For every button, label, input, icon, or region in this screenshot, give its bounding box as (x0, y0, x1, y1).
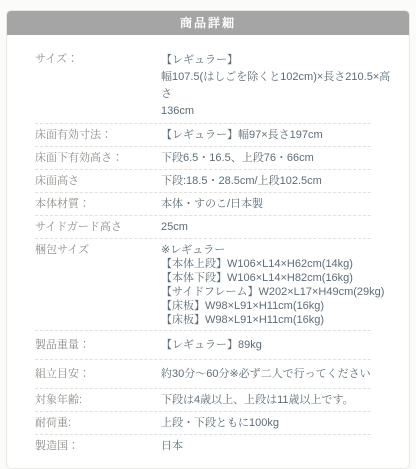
spec-label: 床面有効寸法： (35, 128, 161, 143)
spec-table: サイズ： 【レギュラー】 幅107.5(はしごを除くと102cm)×長さ210.… (7, 35, 409, 463)
spec-value: 日本 (161, 439, 395, 454)
spec-value: 下段は4歳以上、上段は11歳以上です。 (161, 393, 395, 408)
spec-label: 本体材質： (35, 197, 161, 212)
spec-row-size: サイズ： 【レギュラー】 幅107.5(はしごを除くと102cm)×長さ210.… (7, 48, 409, 124)
spec-row-side-guard-height: サイドガード高さ 25cm (7, 216, 409, 239)
spec-row-assembly-time: 組立目安： 約30分〜60分※必ず二人で行ってください (7, 360, 409, 389)
spec-row-target-age: 対象年齢: 下段は4歳以上、上段は11歳以上です。 (7, 389, 409, 412)
spec-label: 床面高さ (35, 174, 161, 189)
spec-label: 製品重量： (35, 338, 161, 353)
spec-row-material: 本体材質： 本体・すのこ/日本製 (7, 193, 409, 216)
spec-value: 【レギュラー】幅97×長さ197cm (161, 128, 395, 143)
spec-value: 【レギュラー】89kg (161, 338, 395, 353)
spec-value: 上段・下段ともに100kg (161, 416, 395, 431)
spec-label: 梱包サイズ (35, 243, 161, 258)
spec-row-product-weight: 製品重量： 【レギュラー】89kg (7, 331, 409, 360)
spec-row-package-size: 梱包サイズ ※レギュラー 【本体上段】W106×L14×H62cm(14kg) … (7, 239, 409, 331)
spec-value: 約30分〜60分※必ず二人で行ってください (161, 367, 395, 382)
spec-label: 対象年齢: (35, 393, 161, 408)
spec-label: 組立目安： (35, 367, 161, 382)
spec-label: 製造国： (35, 439, 161, 454)
spec-value: 下段:18.5・28.5cm/上段102.5cm (161, 174, 395, 189)
spec-label: サイズ： (35, 52, 161, 67)
product-details-panel: 商品詳細 サイズ： 【レギュラー】 幅107.5(はしごを除くと102cm)×長… (6, 10, 410, 463)
spec-row-under-floor-height: 床面下有効高さ： 下段6.5・16.5、上段76・66cm (7, 147, 409, 170)
spec-label: 耐荷重: (35, 416, 161, 431)
panel-title: 商品詳細 (7, 11, 409, 35)
spec-row-floor-dimensions: 床面有効寸法： 【レギュラー】幅97×長さ197cm (7, 124, 409, 147)
spec-row-load-capacity: 耐荷重: 上段・下段ともに100kg (7, 412, 409, 435)
spec-value: ※レギュラー 【本体上段】W106×L14×H62cm(14kg) 【本体下段】… (161, 243, 395, 327)
spec-row-floor-height: 床面高さ 下段:18.5・28.5cm/上段102.5cm (7, 170, 409, 193)
spec-value: 下段6.5・16.5、上段76・66cm (161, 151, 395, 166)
spec-row-country-of-origin: 製造国： 日本 (7, 435, 409, 458)
spec-label: 床面下有効高さ： (35, 151, 161, 166)
spec-value: 【レギュラー】 幅107.5(はしごを除くと102cm)×長さ210.5×高さ … (161, 52, 395, 120)
spec-value: 25cm (161, 220, 395, 235)
spec-label: サイドガード高さ (35, 220, 161, 235)
spec-value: 本体・すのこ/日本製 (161, 197, 395, 212)
